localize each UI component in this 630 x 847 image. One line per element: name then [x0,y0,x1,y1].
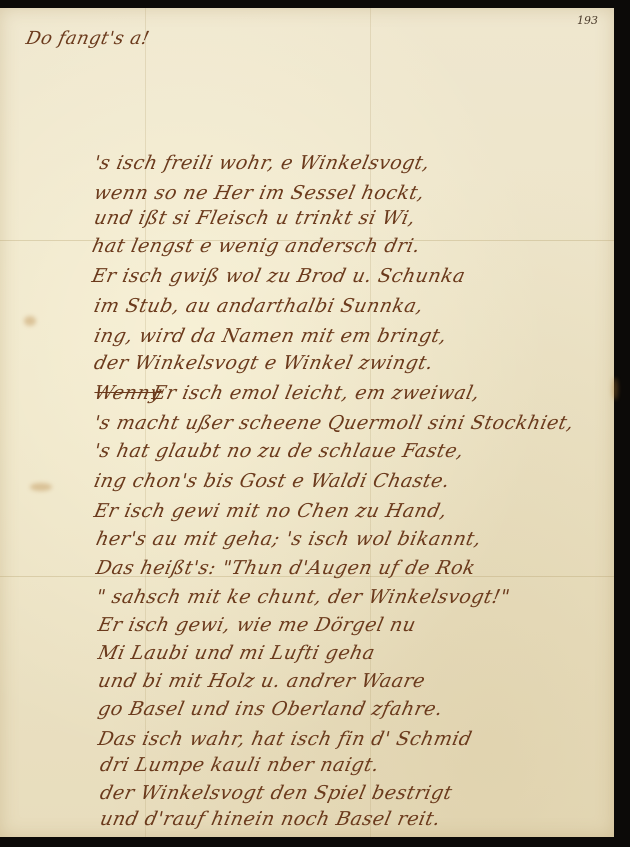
poem-line: und d'rauf hinein noch Basel reit. [98,808,443,830]
poem-line: wenn so ne Her im Sessel hockt, [92,182,427,204]
poem-line: Das heißt's: "Thun d'Augen uf de Rok [94,557,478,579]
ink-stain [24,316,36,326]
ink-stain [612,378,618,400]
struck-word: Wenny [92,382,164,404]
poem-line: Mi Laubi und mi Lufti geha [96,642,377,664]
poem-line: 's isch freili wohr, e Winkelsvogt, [92,152,432,174]
poem-line: 's macht ußer scheene Quermoll sini Stoc… [92,412,576,434]
poem-line: Das isch wahr, hat isch fin d' Schmid [96,728,474,750]
poem-line: go Basel und ins Oberland zfahre. [96,698,445,720]
poem-line: " sahsch mit ke chunt, der Winkelsvogt!" [94,586,512,608]
poem-line: im Stub, au andarthalbi Sunnka, [92,295,425,317]
poem-line: Er isch emol leicht, em zweiwal, [150,382,482,404]
poem-line: Er isch gewi mit no Chen zu Hand, [92,500,449,522]
poem-line: her's au mit geha; 's isch wol bikannt, [94,528,483,550]
poem-line: Er isch gewi, wie me Dörgel nu [96,614,418,636]
poem-line: hat lengst e wenig andersch dri. [90,235,422,257]
poem-line: ing chon's bis Gost e Waldi Chaste. [92,470,452,492]
poem-line: dri Lumpe kauli nber naigt. [98,754,381,776]
poem-line: der Winkelsvogt e Winkel zwingt. [92,352,435,374]
poem-line: Er isch gwiß wol zu Brod u. Schunka [90,265,467,287]
document-heading: Do fangt's a! [24,28,152,49]
folio-number: 193 [577,14,598,27]
poem-line: der Winkelsvogt den Spiel bestrigt [98,782,454,804]
manuscript-page: 193 Do fangt's a! 's isch freili wohr, e… [0,8,614,837]
poem-line: 's hat glaubt no zu de schlaue Faste, [92,440,466,462]
ink-stain [30,483,52,491]
poem-line: und bi mit Holz u. andrer Waare [96,670,427,692]
poem-line: ing, wird da Namen mit em bringt, [92,325,449,347]
poem-line: und ißt si Fleisch u trinkt si Wi, [92,207,418,229]
